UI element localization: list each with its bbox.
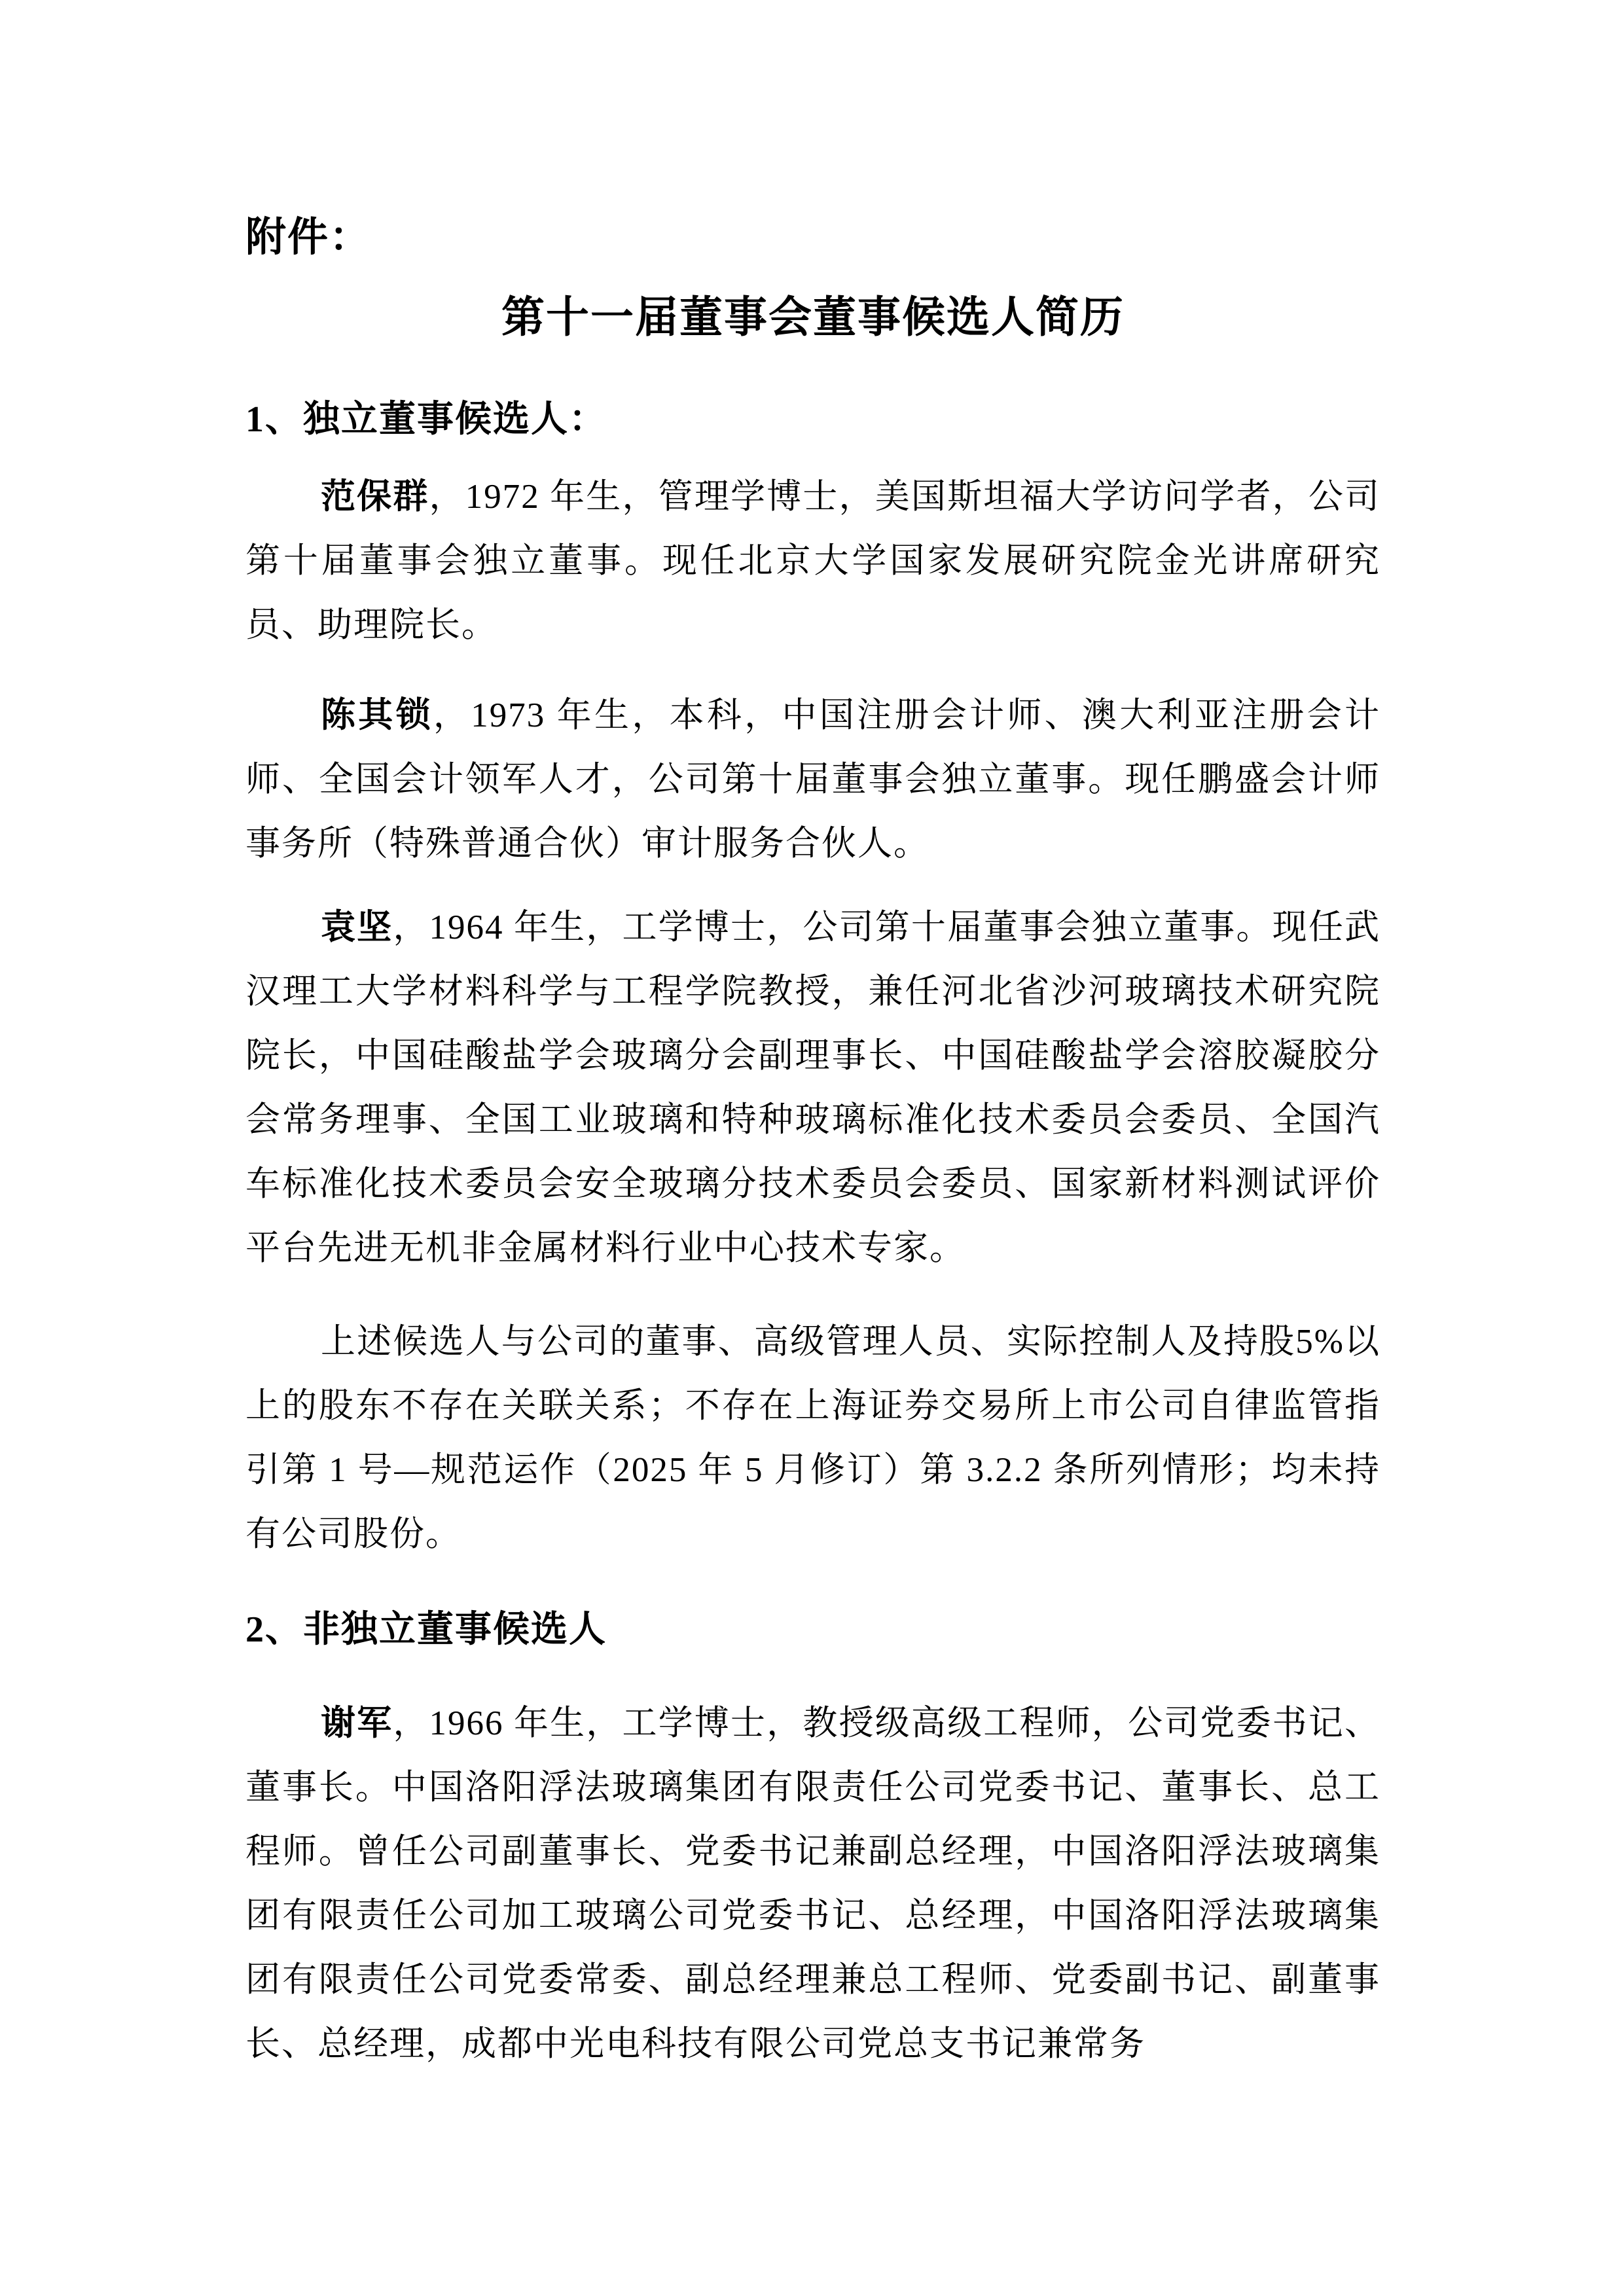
paragraph-chen-qisuo: 陈其锁，1973 年生，本科，中国注册会计师、澳大利亚注册会计师、全国会计领军人…	[245, 683, 1380, 876]
paragraph-yuan-jian: 袁坚，1964 年生，工学博士，公司第十届董事会独立董事。现任武汉理工大学材料科…	[245, 895, 1380, 1280]
candidate-name-xie-jun: 谢军	[321, 1704, 393, 1742]
paragraph-fan-baoqun: 范保群，1972 年生，管理学博士，美国斯坦福大学访问学者，公司第十届董事会独立…	[245, 465, 1380, 657]
paragraph-text: ，1966 年生，工学博士，教授级高级工程师，公司党委书记、董事长。中国洛阳浮法…	[245, 1704, 1380, 2063]
paragraph-text: 上述候选人与公司的董事、高级管理人员、实际控制人及持股5%以上的股东不存在关联关…	[245, 1323, 1380, 1553]
candidate-name-fan-baoqun: 范保群	[321, 478, 429, 516]
paragraph-text: ，1964 年生，工学博士，公司第十届董事会独立董事。现任武汉理工大学材料科学与…	[245, 908, 1380, 1267]
section-heading-independent-directors: 1、独立董事候选人：	[245, 387, 1380, 452]
document-page: 附件： 第十一届董事会董事候选人简历 1、独立董事候选人： 范保群，1972 年…	[0, 0, 1624, 2296]
paragraph-relationship-statement: 上述候选人与公司的董事、高级管理人员、实际控制人及持股5%以上的股东不存在关联关…	[245, 1310, 1380, 1566]
candidate-name-chen-qisuo: 陈其锁	[321, 696, 433, 734]
attachment-label: 附件：	[245, 206, 1380, 270]
section-heading-non-independent-directors: 2、非独立董事候选人	[245, 1598, 1380, 1662]
candidate-name-yuan-jian: 袁坚	[321, 908, 393, 946]
paragraph-xie-jun: 谢军，1966 年生，工学博士，教授级高级工程师，公司党委书记、董事长。中国洛阳…	[245, 1691, 1380, 2076]
document-title: 第十一届董事会董事候选人简历	[245, 281, 1380, 355]
